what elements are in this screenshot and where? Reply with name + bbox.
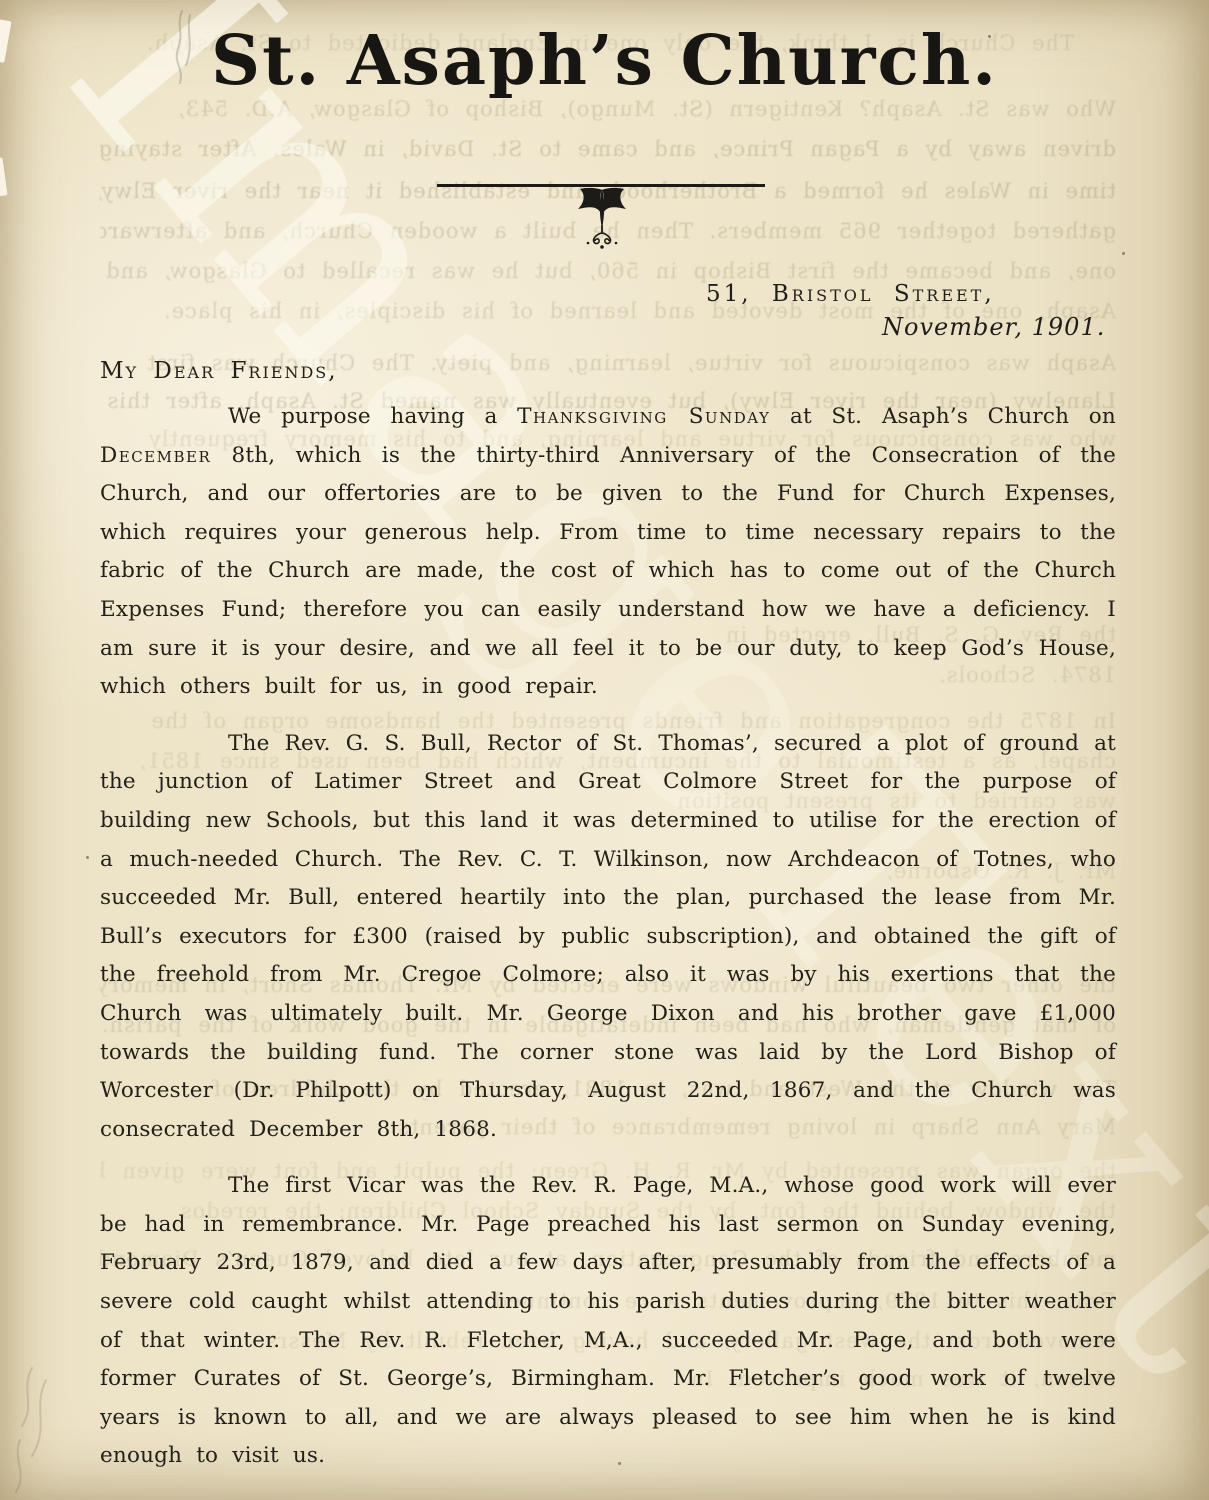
letter-body: We purpose having a Thanksgiving Sunday … [100,398,1116,1476]
body-text: 8th, which is the thirty-third Anniversa… [100,443,1116,700]
letter-body-wrapper: My Dear Friends, We purpose having a Tha… [100,358,1116,1476]
paragraph: The first Vicar was the Rev. R. Page, M.… [100,1167,1116,1476]
fleuron-icon [574,187,630,251]
date-line: November, 1901. [882,313,1105,341]
bleed-through-line: driven away by a Pagan Prince, and came … [100,136,1116,164]
salutation: My Dear Friends, [100,358,1116,384]
scanned-letter-page: The Church is, I think, the only one in … [0,0,1209,1500]
speck [86,856,89,859]
speck [1122,252,1125,255]
small-caps-text: December [100,443,211,468]
body-text: We purpose having a [228,404,517,429]
body-text: The first Vicar was the Rev. R. Page, M.… [100,1173,1116,1468]
paragraph: We purpose having a Thanksgiving Sunday … [100,398,1116,707]
small-caps-text: Thanksgiving Sunday [517,404,770,429]
paper-nick [0,157,8,196]
paragraph: The Rev. G. S. Bull, Rector of St. Thoma… [100,725,1116,1150]
page-title: St. Asaph’s Church. [0,22,1209,100]
pencil-smudge-bottom-left [2,1360,97,1500]
body-text: The Rev. G. S. Bull, Rector of St. Thoma… [100,731,1116,1142]
body-text: at St. Asaph’s Church on [770,404,1116,429]
address-line: 51, Bristol Street, [706,281,995,307]
